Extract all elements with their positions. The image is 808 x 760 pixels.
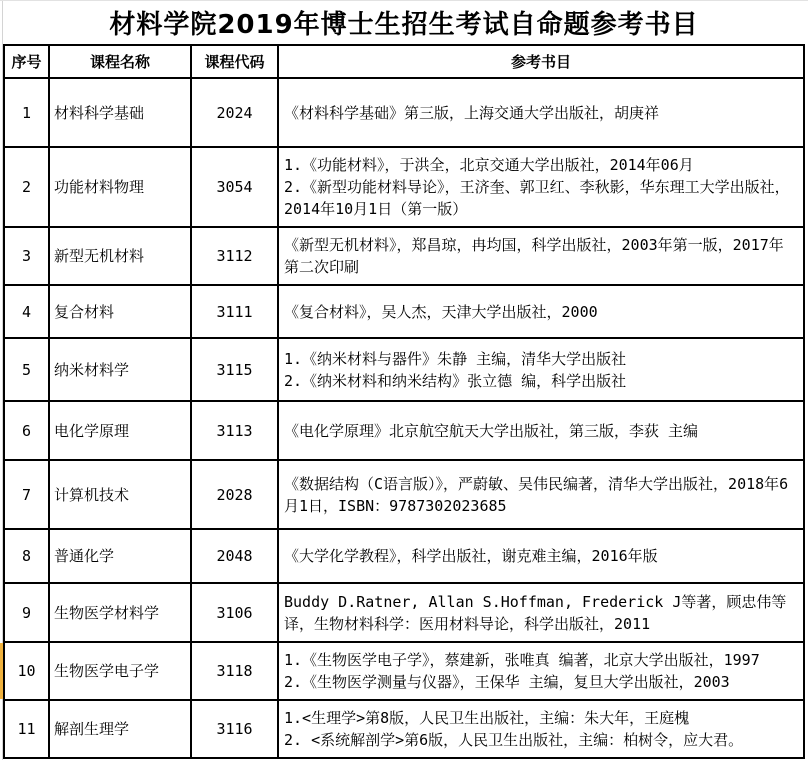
references-cell: 1.《纳米材料与器件》朱静 主编，清华大学出版社2.《纳米材料和纳米结构》张立德… <box>278 338 804 401</box>
reference-entry: 2.《纳米材料和纳米结构》张立德 编，科学出版社 <box>284 370 797 392</box>
course-name-cell: 生物医学电子学 <box>49 642 191 700</box>
table-row: 5纳米材料学31151.《纳米材料与器件》朱静 主编，清华大学出版社2.《纳米材… <box>4 338 804 401</box>
document: 材料学院2019年博士生招生考试自命题参考书目 序号 课程名称 课程代码 参考书… <box>0 0 808 760</box>
course-name-cell: 材料科学基础 <box>49 78 191 147</box>
row-index-cell: 9 <box>4 583 49 642</box>
course-name-cell: 计算机技术 <box>49 460 191 529</box>
header-index: 序号 <box>4 45 49 78</box>
reference-entry: 1.《纳米材料与器件》朱静 主编，清华大学出版社 <box>284 348 797 370</box>
course-code-cell: 3118 <box>191 642 278 700</box>
course-code-cell: 3112 <box>191 227 278 285</box>
course-name-cell: 普通化学 <box>49 529 191 583</box>
course-code-cell: 2028 <box>191 460 278 529</box>
table-row: 7计算机技术2028《数据结构（C语言版）》，严蔚敏、吴伟民编著，清华大学出版社… <box>4 460 804 529</box>
reference-entry: 《电化学原理》北京航空航天大学出版社，第三版，李荻 主编 <box>284 420 797 442</box>
header-references: 参考书目 <box>278 45 804 78</box>
references-cell: 《新型无机材料》，郑昌琼，冉均国，科学出版社，2003年第一版，2017年第二次… <box>278 227 804 285</box>
table-row: 8普通化学2048《大学化学教程》，科学出版社，谢克难主编，2016年版 <box>4 529 804 583</box>
row-index-cell: 2 <box>4 147 49 227</box>
course-name-cell: 解剖生理学 <box>49 700 191 758</box>
reference-entry: 2. <系统解剖学>第6版，人民卫生出版社，主编：柏树令，应大君。 <box>284 729 797 751</box>
row-index-cell: 10 <box>4 642 49 700</box>
references-cell: 《数据结构（C语言版）》，严蔚敏、吴伟民编著，清华大学出版社，2018年6月1日… <box>278 460 804 529</box>
references-cell: 《材料科学基础》第三版，上海交通大学出版社，胡庚祥 <box>278 78 804 147</box>
table-row: 4复合材料3111《复合材料》，吴人杰，天津大学出版社，2000 <box>4 285 804 338</box>
reference-entry: 《材料科学基础》第三版，上海交通大学出版社，胡庚祥 <box>284 102 797 124</box>
table-header: 序号 课程名称 课程代码 参考书目 <box>4 45 804 78</box>
course-code-cell: 3116 <box>191 700 278 758</box>
row-index-cell: 7 <box>4 460 49 529</box>
table-row: 11解剖生理学31161.<生理学>第8版，人民卫生出版社，主编：朱大年，王庭槐… <box>4 700 804 758</box>
table-row: 10生物医学电子学31181.《生物医学电子学》，蔡建新，张唯真 编著，北京大学… <box>4 642 804 700</box>
course-code-cell: 2048 <box>191 529 278 583</box>
references-cell: 《复合材料》，吴人杰，天津大学出版社，2000 <box>278 285 804 338</box>
course-code-cell: 3106 <box>191 583 278 642</box>
row-index-cell: 11 <box>4 700 49 758</box>
references-cell: 1.《功能材料》，于洪全，北京交通大学出版社，2014年06月2.《新型功能材料… <box>278 147 804 227</box>
course-name-cell: 复合材料 <box>49 285 191 338</box>
reference-entry: Buddy D.Ratner, Allan S.Hoffman, Frederi… <box>284 591 797 635</box>
reference-entry: 《数据结构（C语言版）》，严蔚敏、吴伟民编著，清华大学出版社，2018年6月1日… <box>284 473 797 517</box>
page-title: 材料学院2019年博士生招生考试自命题参考书目 <box>0 1 808 44</box>
course-code-cell: 3111 <box>191 285 278 338</box>
course-name-cell: 纳米材料学 <box>49 338 191 401</box>
course-code-cell: 2024 <box>191 78 278 147</box>
row-index-cell: 5 <box>4 338 49 401</box>
header-course-name: 课程名称 <box>49 45 191 78</box>
course-name-cell: 新型无机材料 <box>49 227 191 285</box>
row-index-cell: 6 <box>4 401 49 460</box>
course-code-cell: 3054 <box>191 147 278 227</box>
row-index-cell: 3 <box>4 227 49 285</box>
reference-entry: 2.《生物医学测量与仪器》，王保华 主编，复旦大学出版社，2003 <box>284 671 797 693</box>
course-name-cell: 电化学原理 <box>49 401 191 460</box>
reference-entry: 1.<生理学>第8版，人民卫生出版社，主编：朱大年，王庭槐 <box>284 707 797 729</box>
references-cell: 1.《生物医学电子学》，蔡建新，张唯真 编著，北京大学出版社，19972.《生物… <box>278 642 804 700</box>
reference-table: 序号 课程名称 课程代码 参考书目 1材料科学基础2024《材料科学基础》第三版… <box>3 44 805 759</box>
reference-entry: 《新型无机材料》，郑昌琼，冉均国，科学出版社，2003年第一版，2017年第二次… <box>284 234 797 278</box>
row-index-cell: 4 <box>4 285 49 338</box>
table-row: 1材料科学基础2024《材料科学基础》第三版，上海交通大学出版社，胡庚祥 <box>4 78 804 147</box>
reference-entry: 《复合材料》，吴人杰，天津大学出版社，2000 <box>284 301 797 323</box>
row-highlight-strip <box>0 643 3 699</box>
header-course-code: 课程代码 <box>191 45 278 78</box>
reference-entry: 2.《新型功能材料导论》，王济奎、郭卫红、李秋影，华东理工大学出版社，2014年… <box>284 176 797 220</box>
table-body: 1材料科学基础2024《材料科学基础》第三版，上海交通大学出版社，胡庚祥2功能材… <box>4 78 804 758</box>
references-cell: 《大学化学教程》，科学出版社，谢克难主编，2016年版 <box>278 529 804 583</box>
references-cell: 1.<生理学>第8版，人民卫生出版社，主编：朱大年，王庭槐2. <系统解剖学>第… <box>278 700 804 758</box>
table-row: 9生物医学材料学3106Buddy D.Ratner, Allan S.Hoff… <box>4 583 804 642</box>
table-row: 2功能材料物理30541.《功能材料》，于洪全，北京交通大学出版社，2014年0… <box>4 147 804 227</box>
references-cell: 《电化学原理》北京航空航天大学出版社，第三版，李荻 主编 <box>278 401 804 460</box>
reference-entry: 1.《生物医学电子学》，蔡建新，张唯真 编著，北京大学出版社，1997 <box>284 649 797 671</box>
course-name-cell: 功能材料物理 <box>49 147 191 227</box>
reference-entry: 《大学化学教程》，科学出版社，谢克难主编，2016年版 <box>284 545 797 567</box>
row-index-cell: 8 <box>4 529 49 583</box>
course-code-cell: 3115 <box>191 338 278 401</box>
references-cell: Buddy D.Ratner, Allan S.Hoffman, Frederi… <box>278 583 804 642</box>
table-row: 6电化学原理3113《电化学原理》北京航空航天大学出版社，第三版，李荻 主编 <box>4 401 804 460</box>
row-index-cell: 1 <box>4 78 49 147</box>
header-row: 序号 课程名称 课程代码 参考书目 <box>4 45 804 78</box>
course-code-cell: 3113 <box>191 401 278 460</box>
table-row: 3新型无机材料3112《新型无机材料》，郑昌琼，冉均国，科学出版社，2003年第… <box>4 227 804 285</box>
course-name-cell: 生物医学材料学 <box>49 583 191 642</box>
reference-entry: 1.《功能材料》，于洪全，北京交通大学出版社，2014年06月 <box>284 154 797 176</box>
